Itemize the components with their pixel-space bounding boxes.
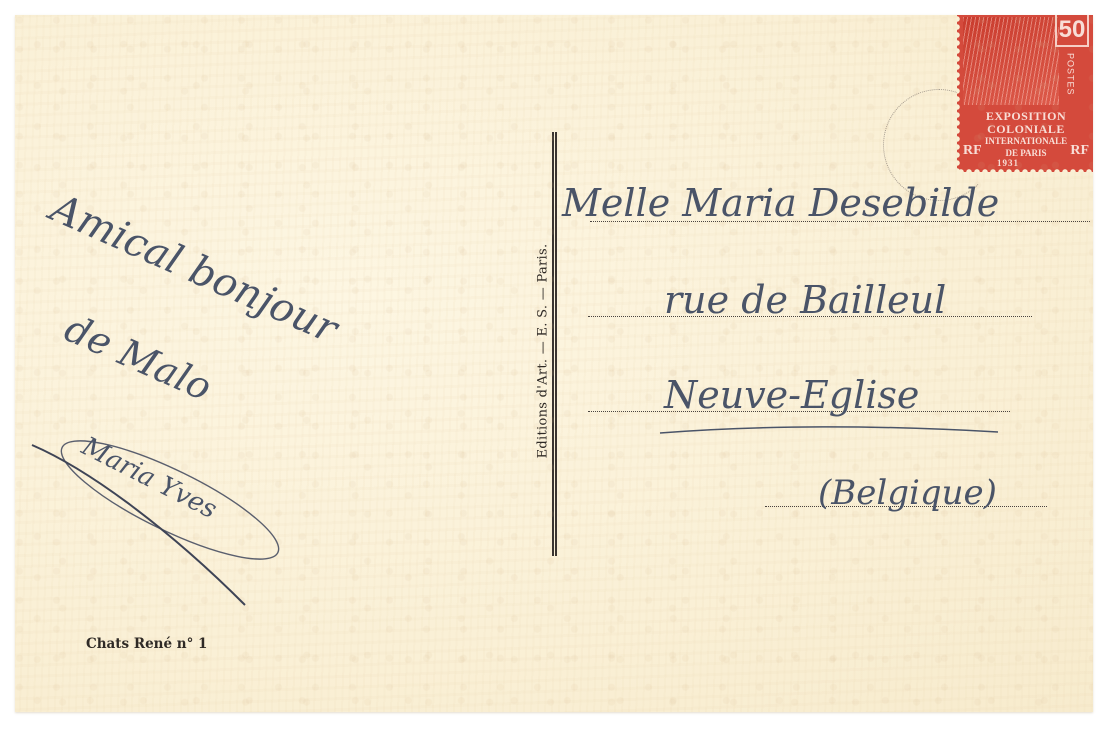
recipient-street: rue de Bailleul [664, 278, 946, 322]
town-underline [660, 427, 998, 433]
recipient-name: Melle Maria Desebilde [561, 181, 999, 225]
message-line-2: de Malo [58, 306, 218, 409]
recipient-town: Neuve-Eglise [663, 373, 919, 417]
recipient-country: (Belgique) [818, 473, 997, 513]
signature: Maria Yves [76, 431, 222, 525]
handwriting-layer: Amical bonjour de Malo Maria Yves Melle … [0, 0, 1110, 740]
